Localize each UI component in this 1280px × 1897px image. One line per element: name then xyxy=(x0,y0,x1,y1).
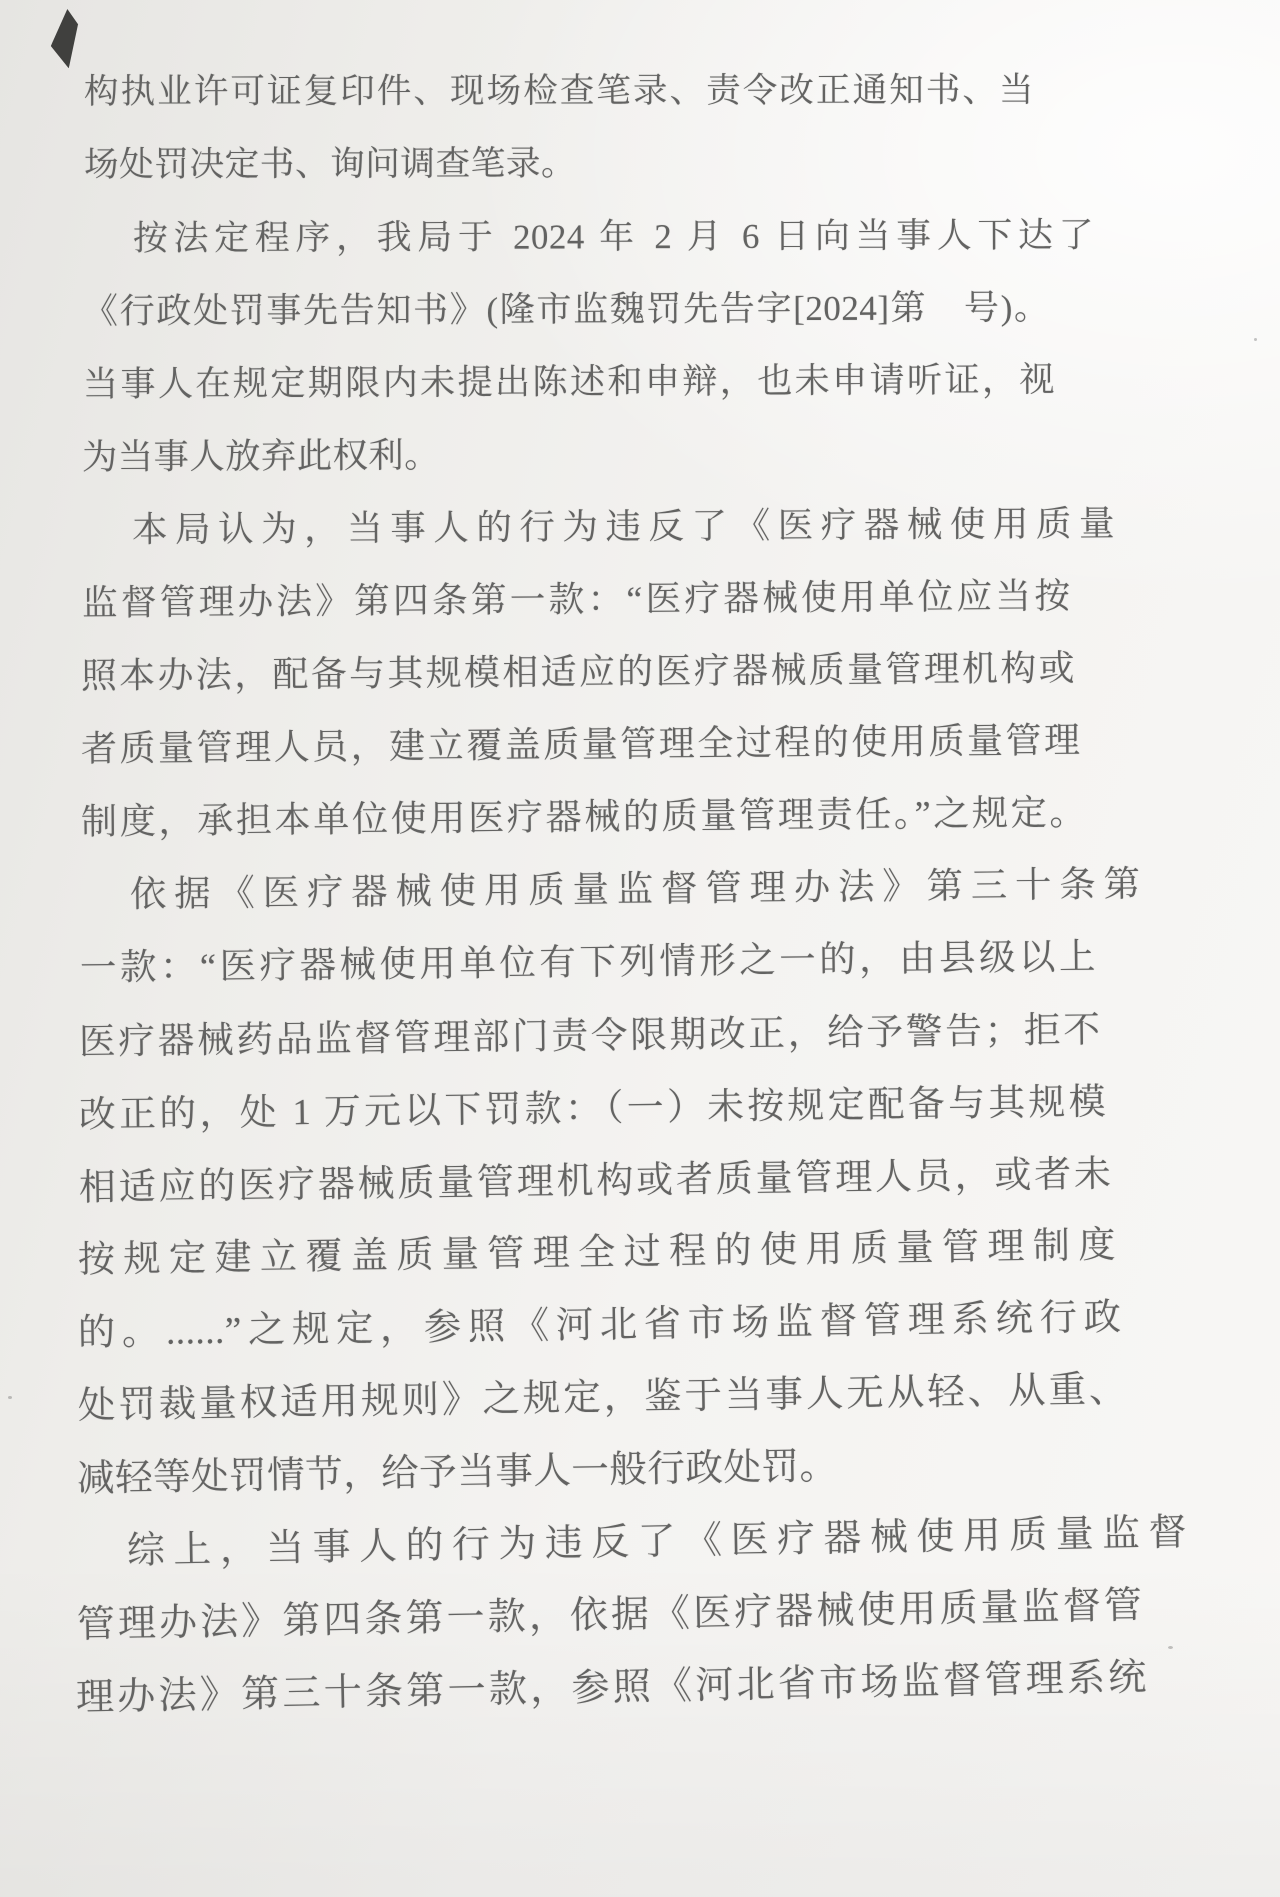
document-line: 构执业许可证复印件、现场检查笔录、责令改正通知书、当 xyxy=(84,54,1034,129)
document-line: 照本办法，配备与其规模相适应的医疗器械质量管理机构或 xyxy=(81,632,1076,713)
document-line: 依据《医疗器械使用质量监督管理办法》第三十条第 xyxy=(80,848,1141,932)
document-line: 《行政处罚事先告知书》(隆市监魏罚先告字[2024]第 号)。 xyxy=(83,271,1050,348)
document-body: 构执业许可证复印件、现场检查笔录、责令改正通知书、当场处罚决定书、询问调查笔录。… xyxy=(84,56,1184,1735)
document-line: 监督管理办法》第四条第一款：“医疗器械使用单位应当按 xyxy=(81,560,1070,640)
document-line: 为当事人放弃此权利。 xyxy=(82,415,1060,494)
document-line: 制度，承担本单位使用医疗器械的质量管理责任。”之规定。 xyxy=(80,776,1086,859)
scan-speck xyxy=(1254,338,1257,341)
document-line: 按法定程序，我局于 2024 年 2 月 6 日向当事人下达了 xyxy=(83,199,1094,275)
document-line: 者质量管理人员，建立覆盖质量管理全过程的使用质量管理 xyxy=(81,704,1081,786)
document-line: 当事人在规定期限内未提出陈述和申辩，也未申请听证，视 xyxy=(82,343,1054,421)
document-line: 场处罚决定书、询问调查笔录。 xyxy=(84,127,1040,202)
scan-corner-mark xyxy=(46,8,86,69)
scan-speck xyxy=(8,1396,12,1399)
document-line: 改正的，处 1 万元以下罚款：（一）未按规定配备与其规模 xyxy=(79,1065,1107,1151)
document-page: 构执业许可证复印件、现场检查笔录、责令改正通知书、当场处罚决定书、询问调查笔录。… xyxy=(0,0,1280,1897)
document-line: 本局认为，当事人的行为违反了《医疗器械使用质量 xyxy=(82,487,1115,567)
document-line: 医疗器械药品监督管理部门责令限期改正，给予警告；拒不 xyxy=(79,993,1101,1078)
document-line: 一款：“医疗器械使用单位有下列情形之一的，由县级以上 xyxy=(79,921,1096,1005)
